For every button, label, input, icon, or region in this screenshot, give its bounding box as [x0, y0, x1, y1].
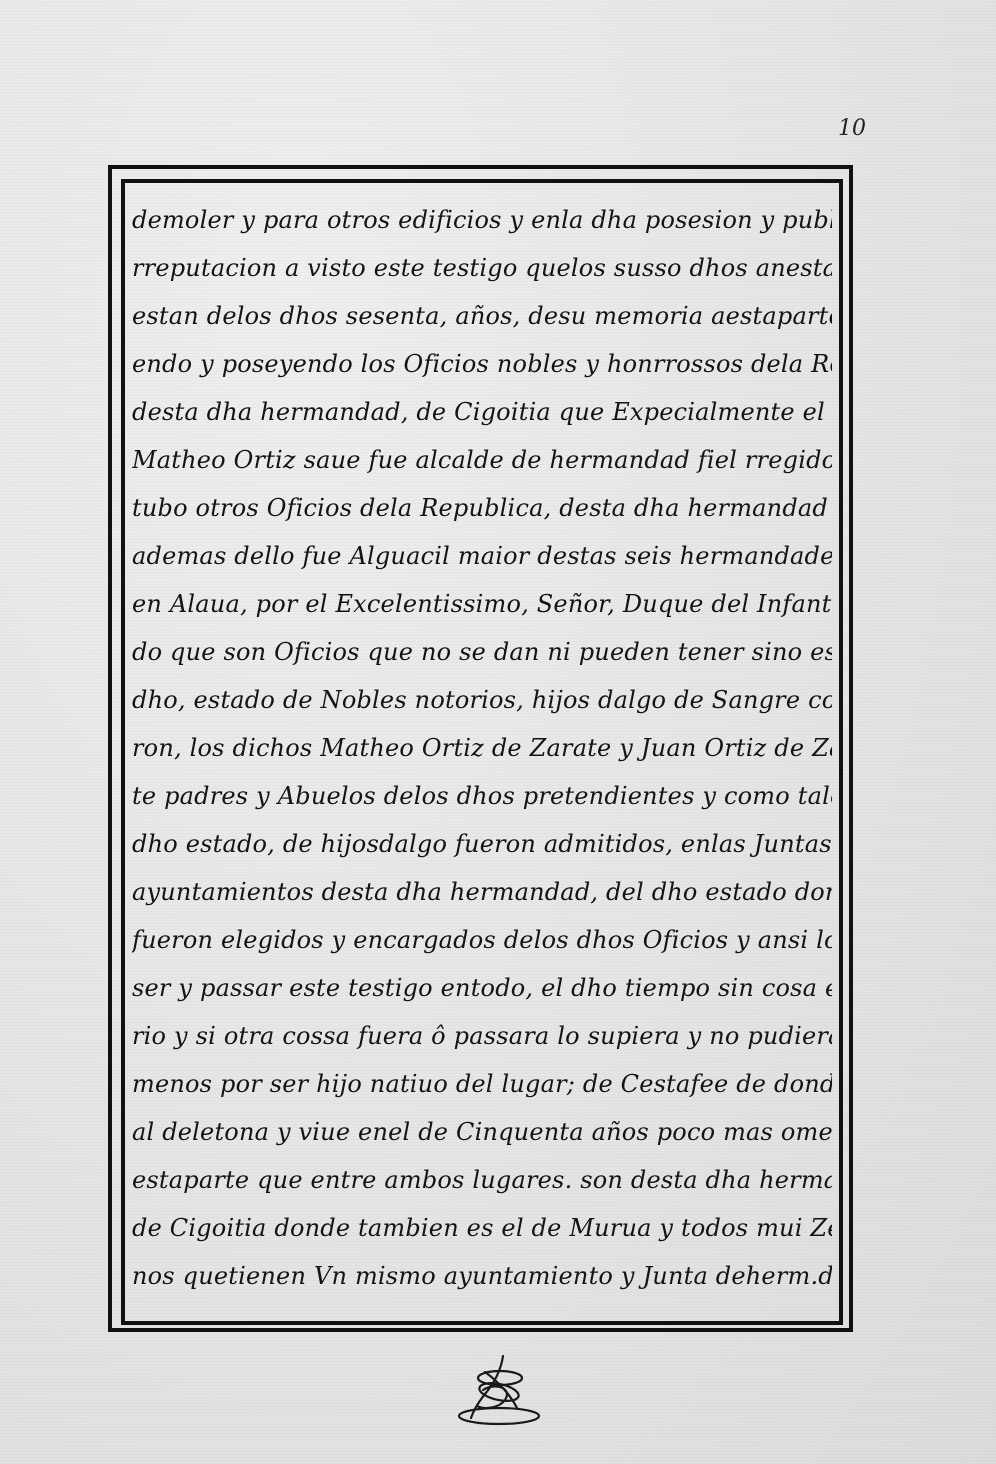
manuscript-line: dho, estado de Nobles notorios, hijos da… — [132, 678, 832, 726]
manuscript-line: menos por ser hijo natiuo del lugar; de … — [132, 1062, 832, 1110]
manuscript-line: estaparte que entre ambos lugares. son d… — [132, 1158, 832, 1206]
manuscript-line: en Alaua, por el Excelentissimo, Señor, … — [132, 582, 832, 630]
manuscript-line: nos quetienen Vn mismo ayuntamiento y Ju… — [132, 1254, 832, 1302]
manuscript-line: de Cigoitia donde tambien es el de Murua… — [132, 1206, 832, 1254]
manuscript-line: te padres y Abuelos delos dhos pretendie… — [132, 774, 832, 822]
manuscript-line: ayuntamientos desta dha hermandad, del d… — [132, 870, 832, 918]
manuscript-line: fueron elegidos y encargados delos dhos … — [132, 918, 832, 966]
manuscript-line: al deletona y viue enel de Cinquenta año… — [132, 1110, 832, 1158]
manuscript-line: endo y poseyendo los Oficios nobles y ho… — [132, 342, 832, 390]
page-number: 10 — [838, 116, 866, 141]
manuscript-line: ademas dello fue Alguacil maior destas s… — [132, 534, 832, 582]
manuscript-line: ron, los dichos Matheo Ortiz de Zarate y… — [132, 726, 832, 774]
manuscript-line: ser y passar este testigo entodo, el dho… — [132, 966, 832, 1014]
manuscript-line: desta dha hermandad, de Cigoitia que Exp… — [132, 390, 832, 438]
manuscript-line: Matheo Ortiz saue fue alcalde de hermand… — [132, 438, 832, 486]
signature-rubric-icon — [455, 1352, 545, 1432]
manuscript-text-block: demoler y para otros edificios y enla dh… — [132, 198, 832, 1302]
manuscript-line: dho estado, de hijosdalgo fueron admitid… — [132, 822, 832, 870]
manuscript-line: rreputacion a visto este testigo quelos … — [132, 246, 832, 294]
manuscript-line: estan delos dhos sesenta, años, desu mem… — [132, 294, 832, 342]
manuscript-line: demoler y para otros edificios y enla dh… — [132, 198, 832, 246]
manuscript-line: tubo otros Oficios dela Republica, desta… — [132, 486, 832, 534]
manuscript-line: rio y si otra cossa fuera ô passara lo s… — [132, 1014, 832, 1062]
manuscript-line: do que son Oficios que no se dan ni pued… — [132, 630, 832, 678]
